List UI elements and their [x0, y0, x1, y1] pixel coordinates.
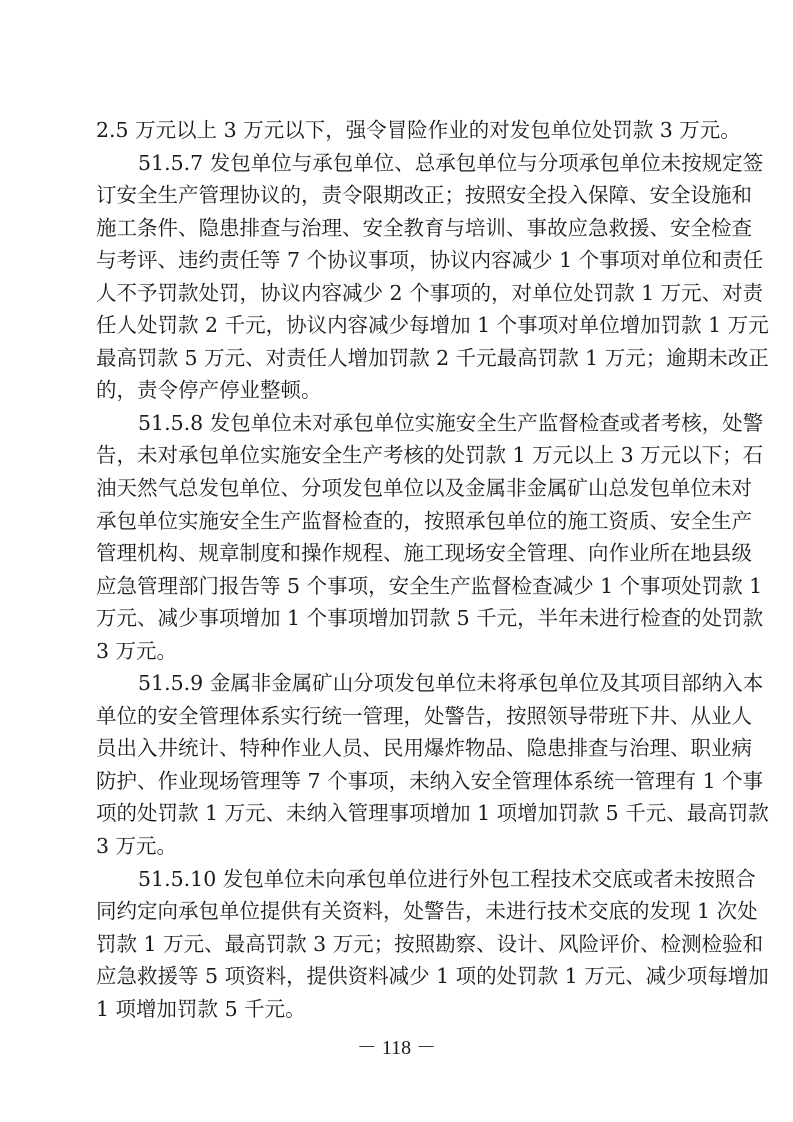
clause-51-5-8-line: 万元、减少事项增加 1 个事项增加罚款 5 千元，半年未进行检查的处罚款 [96, 602, 698, 635]
clause-51-5-7-line: 的，责令停产停业整顿。 [96, 374, 698, 407]
clause-51-5-9-line: 防护、作业现场管理等 7 个事项，未纳入安全管理体系统一管理有 1 个事 [96, 765, 698, 798]
clause-51-5-7-line: 订安全生产管理协议的，责令限期改正；按照安全投入保障、安全设施和 [96, 179, 698, 212]
page-number: － 118 － [0, 1031, 793, 1060]
clause-51-5-7-line: 最高罚款 5 万元、对责任人增加罚款 2 千元最高罚款 1 万元；逾期未改正 [96, 342, 698, 375]
clause-51-5-9-line: 51.5.9 金属非金属矿山分项发包单位未将承包单位及其项目部纳入本 [96, 667, 698, 700]
clause-51-5-7-line: 任人处罚款 2 千元，协议内容减少每增加 1 个事项对单位增加罚款 1 万元 [96, 309, 698, 342]
clause-51-5-7-line: 人不予罚款处罚，协议内容减少 2 个事项的，对单位处罚款 1 万元、对责 [96, 277, 698, 310]
body-text: 2.5 万元以上 3 万元以下，强令冒险作业的对发包单位处罚款 3 万元。 51… [96, 114, 698, 1025]
clause-51-5-9-line: 员出入井统计、特种作业人员、民用爆炸物品、隐患排查与治理、职业病 [96, 732, 698, 765]
clause-51-5-8-line: 承包单位实施安全生产监督检查的，按照承包单位的施工资质、安全生产 [96, 505, 698, 538]
clause-51-5-10-line: 应急救援等 5 项资料，提供资料减少 1 项的处罚款 1 万元、减少项每增加 [96, 960, 698, 993]
clause-51-5-8-line: 油天然气总发包单位、分项发包单位以及金属非金属矿山总发包单位未对 [96, 472, 698, 505]
clause-51-5-8-line: 告，未对承包单位实施安全生产考核的处罚款 1 万元以上 3 万元以下；石 [96, 439, 698, 472]
clause-51-5-7-line: 51.5.7 发包单位与承包单位、总承包单位与分项承包单位未按规定签 [96, 147, 698, 180]
paragraph-continuation-line: 2.5 万元以上 3 万元以下，强令冒险作业的对发包单位处罚款 3 万元。 [96, 114, 698, 147]
clause-51-5-9-line: 3 万元。 [96, 830, 698, 863]
clause-51-5-8-line: 应急管理部门报告等 5 个事项，安全生产监督检查减少 1 个事项处罚款 1 [96, 570, 698, 603]
clause-51-5-9-line: 单位的安全管理体系实行统一管理，处警告，按照领导带班下井、从业人 [96, 700, 698, 733]
clause-51-5-10-line: 同约定向承包单位提供有关资料，处警告，未进行技术交底的发现 1 次处 [96, 895, 698, 928]
clause-51-5-8-line: 51.5.8 发包单位未对承包单位实施安全生产监督检查或者考核，处警 [96, 407, 698, 440]
clause-51-5-10-line: 51.5.10 发包单位未向承包单位进行外包工程技术交底或者未按照合 [96, 863, 698, 896]
document-page: 2.5 万元以上 3 万元以下，强令冒险作业的对发包单位处罚款 3 万元。 51… [0, 0, 793, 1122]
clause-51-5-7-line: 与考评、违约责任等 7 个协议事项，协议内容减少 1 个事项对单位和责任 [96, 244, 698, 277]
clause-51-5-8-line: 管理机构、规章制度和操作规程、施工现场安全管理、向作业所在地县级 [96, 537, 698, 570]
clause-51-5-9-line: 项的处罚款 1 万元、未纳入管理事项增加 1 项增加罚款 5 千元、最高罚款 [96, 797, 698, 830]
clause-51-5-8-line: 3 万元。 [96, 635, 698, 668]
clause-51-5-10-line: 罚款 1 万元、最高罚款 3 万元；按照勘察、设计、风险评价、检测检验和 [96, 928, 698, 961]
clause-51-5-10-line: 1 项增加罚款 5 千元。 [96, 993, 698, 1026]
clause-51-5-7-line: 施工条件、隐患排查与治理、安全教育与培训、事故应急救援、安全检查 [96, 212, 698, 245]
